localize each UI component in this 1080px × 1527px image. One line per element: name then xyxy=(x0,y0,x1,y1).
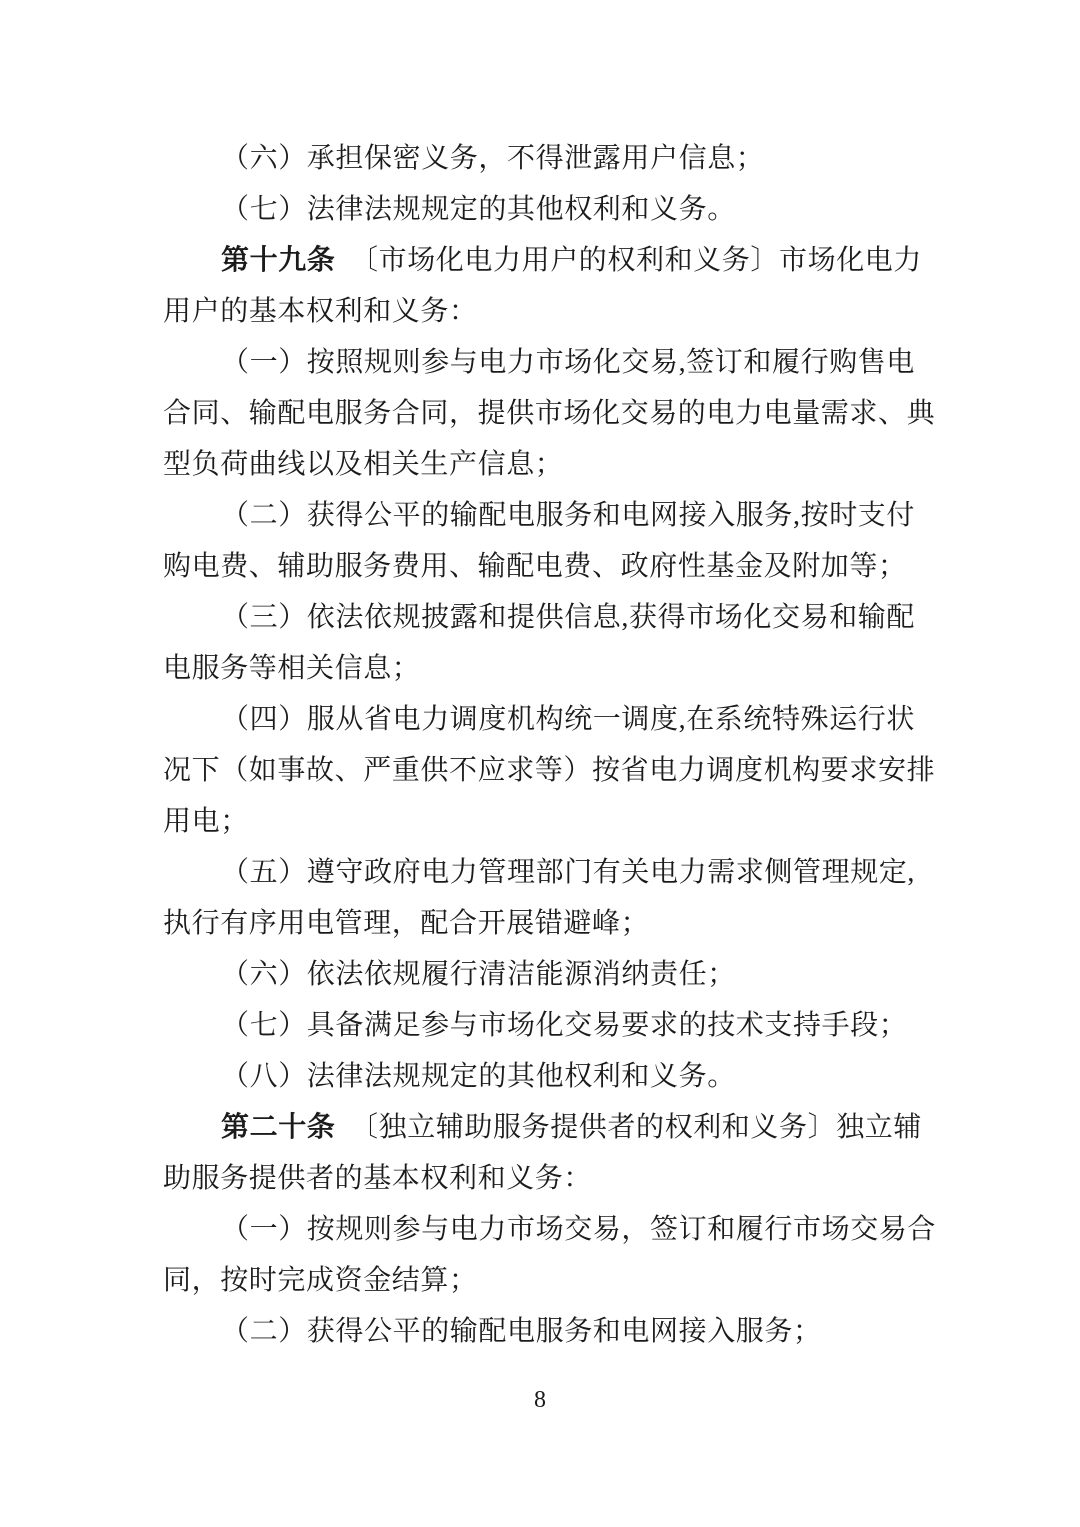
text-line: 购电费、辅助服务费用、输配电费、政府性基金及附加等； xyxy=(163,541,938,592)
article-heading-line: 第二十条 〔独立辅助服务提供者的权利和义务〕独立辅 xyxy=(163,1102,938,1153)
text-line: （二）获得公平的输配电服务和电网接入服务； xyxy=(163,1306,938,1357)
text-line: （一）按照规则参与电力市场化交易,签订和履行购售电 xyxy=(163,337,938,388)
text-line: 同，按时完成资金结算； xyxy=(163,1255,938,1306)
text-line: 电服务等相关信息； xyxy=(163,643,938,694)
text-line: （八）法律法规规定的其他权利和义务。 xyxy=(163,1051,938,1102)
text-line: 用户的基本权利和义务： xyxy=(163,286,938,337)
article-heading-line: 第十九条 〔市场化电力用户的权利和义务〕市场化电力 xyxy=(163,235,938,286)
text-line: 合同、输配电服务合同，提供市场化交易的电力电量需求、典 xyxy=(163,388,938,439)
text-line: （四）服从省电力调度机构统一调度,在系统特殊运行状 xyxy=(163,694,938,745)
text-line: 用电； xyxy=(163,796,938,847)
text-line: （七）法律法规规定的其他权利和义务。 xyxy=(163,184,938,235)
text-line: （一）按规则参与电力市场交易，签订和履行市场交易合 xyxy=(163,1204,938,1255)
article-title-text: 〔独立辅助服务提供者的权利和义务〕独立辅 xyxy=(335,1112,922,1143)
document-body: （六）承担保密义务，不得泄露用户信息；（七）法律法规规定的其他权利和义务。第十九… xyxy=(163,133,938,1357)
text-line: （六）承担保密义务，不得泄露用户信息； xyxy=(163,133,938,184)
page-number: 8 xyxy=(0,1385,1080,1415)
text-line: （二）获得公平的输配电服务和电网接入服务,按时支付 xyxy=(163,490,938,541)
text-line: 型负荷曲线以及相关生产信息； xyxy=(163,439,938,490)
document-page: （六）承担保密义务，不得泄露用户信息；（七）法律法规规定的其他权利和义务。第十九… xyxy=(0,0,1080,1527)
text-line: （五）遵守政府电力管理部门有关电力需求侧管理规定, xyxy=(163,847,938,898)
text-line: 助服务提供者的基本权利和义务： xyxy=(163,1153,938,1204)
article-number: 第二十条 xyxy=(221,1112,335,1143)
text-line: 况下（如事故、严重供不应求等）按省电力调度机构要求安排 xyxy=(163,745,938,796)
article-title-text: 〔市场化电力用户的权利和义务〕市场化电力 xyxy=(335,245,922,276)
text-line: （六）依法依规履行清洁能源消纳责任； xyxy=(163,949,938,1000)
text-line: （七）具备满足参与市场化交易要求的技术支持手段； xyxy=(163,1000,938,1051)
article-number: 第十九条 xyxy=(221,245,335,276)
text-line: （三）依法依规披露和提供信息,获得市场化交易和输配 xyxy=(163,592,938,643)
text-line: 执行有序用电管理，配合开展错避峰； xyxy=(163,898,938,949)
